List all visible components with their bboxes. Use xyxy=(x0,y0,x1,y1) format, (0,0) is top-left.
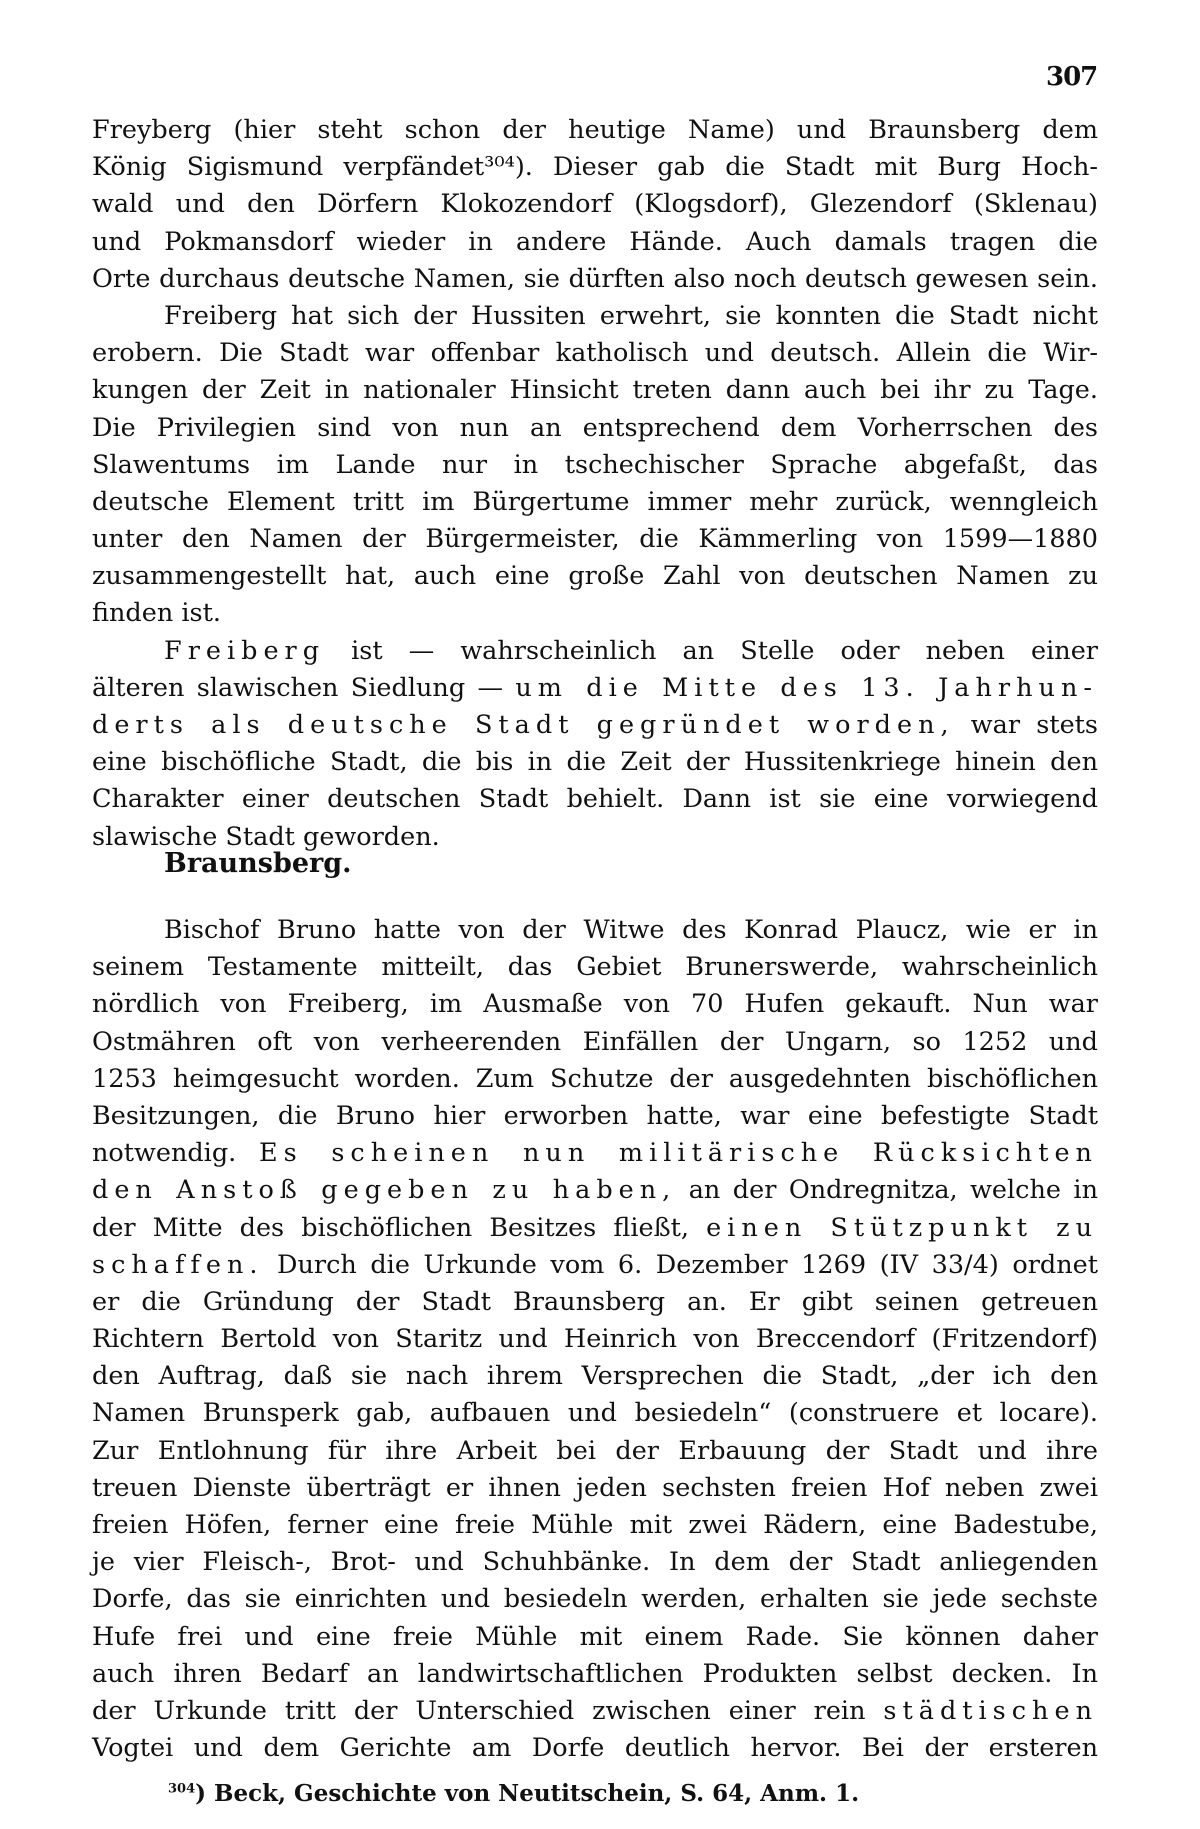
text-line: kungen der Zeit in nationaler Hinsicht t… xyxy=(92,372,1098,409)
text-line: nördlich von Freiberg, im Ausmaße von 70… xyxy=(92,986,1098,1023)
text-line: unter den Namen der Bürgermeister, die K… xyxy=(92,521,1098,558)
text-line: der Mitte des bischöflichen Besitzes fli… xyxy=(92,1210,1098,1247)
text-line: Zur Entlohnung für ihre Arbeit bei der E… xyxy=(92,1433,1098,1470)
section-heading: Braunsberg. xyxy=(164,848,352,879)
text-line: den Anstoß gegeben zu haben, an der Ondr… xyxy=(92,1172,1098,1209)
emphasized-text: derts als deutsche Stadt gegründet worde… xyxy=(92,710,955,740)
text-line: je vier Fleisch-, Brot- und Schuhbänke. … xyxy=(92,1544,1098,1581)
body-text-upper: Freyberg (hier steht schon der heutige N… xyxy=(92,112,1098,856)
text-span: notwendig. xyxy=(92,1138,259,1168)
text-line: Slawentums im Lande nur in tschechischer… xyxy=(92,447,1098,484)
emphasized-text: Es scheinen nun militärische Rücksichten xyxy=(259,1138,1098,1168)
text-line: Orte durchaus deutsche Namen, sie dürfte… xyxy=(92,261,1098,298)
text-line: und Pokmansdorf wieder in andere Hände. … xyxy=(92,224,1098,261)
text-line: Bischof Bruno hatte von der Witwe des Ko… xyxy=(92,912,1098,949)
text-line: Hufe frei und eine freie Mühle mit einem… xyxy=(92,1619,1098,1656)
footnote: 304) Beck, Geschichte von Neutitschein, … xyxy=(168,1780,859,1807)
emphasized-text: einen Stützpunkt zu xyxy=(706,1213,1098,1243)
text-line: Freiberg ist — wahrscheinlich an Stelle … xyxy=(92,633,1098,670)
text-line: Namen Brunsperk gab, aufbauen und besied… xyxy=(92,1395,1098,1432)
text-line: treuen Dienste überträgt er ihnen jeden … xyxy=(92,1470,1098,1507)
text-line: seinem Testamente mitteilt, das Gebiet B… xyxy=(92,949,1098,986)
text-line: eine bischöfliche Stadt, die bis in die … xyxy=(92,744,1098,781)
text-line: der Urkunde tritt der Unterschied zwisch… xyxy=(92,1693,1098,1730)
text-line: freien Höfen, ferner eine freie Mühle mi… xyxy=(92,1507,1098,1544)
text-span: ist — wahrscheinlich an Stelle oder nebe… xyxy=(325,636,1098,666)
text-line: zusammengestellt hat, auch eine große Za… xyxy=(92,558,1098,595)
body-text-lower: Bischof Bruno hatte von der Witwe des Ko… xyxy=(92,912,1098,1767)
text-span: Durch die Urkunde vom 6. Dezember 1269 (… xyxy=(264,1250,1099,1280)
text-line: den Auftrag, daß sie nach ihrem Versprec… xyxy=(92,1358,1098,1395)
emphasized-text: den Anstoß gegeben zu haben, xyxy=(92,1175,676,1205)
text-line: er die Gründung der Stadt Braunsberg an.… xyxy=(92,1284,1098,1321)
text-line: Besitzungen, die Bruno hier erworben hat… xyxy=(92,1098,1098,1135)
text-line: wald und den Dörfern Klokozendorf (Klogs… xyxy=(92,186,1098,223)
text-line: Charakter einer deutschen Stadt behielt.… xyxy=(92,781,1098,818)
text-line: notwendig. Es scheinen nun militärische … xyxy=(92,1135,1098,1172)
text-line: Freyberg (hier steht schon der heutige N… xyxy=(92,112,1098,149)
text-line: Die Privilegien sind von nun an entsprec… xyxy=(92,410,1098,447)
text-span: älteren slawischen Siedlung — xyxy=(92,673,515,703)
footnote-marker: 304 xyxy=(168,1781,195,1796)
text-line: auch ihren Bedarf an landwirtschaftliche… xyxy=(92,1656,1098,1693)
emphasized-text: um die Mitte des 13. Jahrhun- xyxy=(515,673,1098,703)
text-line: derts als deutsche Stadt gegründet worde… xyxy=(92,707,1098,744)
text-line: König Sigismund verpfändet³⁰⁴). Dieser g… xyxy=(92,149,1098,186)
emphasized-text: schaffen. xyxy=(92,1250,264,1280)
text-line: erobern. Die Stadt war offenbar katholis… xyxy=(92,335,1098,372)
text-line: schaffen. Durch die Urkunde vom 6. Dezem… xyxy=(92,1247,1098,1284)
text-line: älteren slawischen Siedlung — um die Mit… xyxy=(92,670,1098,707)
text-line: deutsche Element tritt im Bürgertume imm… xyxy=(92,484,1098,521)
text-line: Vogtei und dem Gerichte am Dorfe deutlic… xyxy=(92,1730,1098,1767)
footnote-text: ) Beck, Geschichte von Neutitschein, S. … xyxy=(195,1780,859,1807)
text-line: Richtern Bertold von Staritz und Heinric… xyxy=(92,1321,1098,1358)
emphasized-text: städtischen xyxy=(883,1696,1098,1726)
text-span: der Urkunde tritt der Unterschied zwisch… xyxy=(92,1696,883,1726)
text-span: an der Ondregnitza, welche in xyxy=(676,1175,1098,1205)
text-line: Freiberg hat sich der Hussiten erwehrt, … xyxy=(92,298,1098,335)
book-page: 307 Freyberg (hier steht schon der heuti… xyxy=(0,0,1200,1829)
emphasized-text: Freiberg xyxy=(164,636,325,666)
text-line: 1253 heimgesucht worden. Zum Schutze der… xyxy=(92,1061,1098,1098)
text-line: finden ist. xyxy=(92,595,1098,632)
text-span: war stets xyxy=(955,710,1098,740)
text-line: Dorfe, das sie einrichten und besiedeln … xyxy=(92,1581,1098,1618)
text-line: Ostmähren oft von verheerenden Einfällen… xyxy=(92,1024,1098,1061)
page-number: 307 xyxy=(1046,62,1097,92)
text-span: der Mitte des bischöflichen Besitzes fli… xyxy=(92,1213,706,1243)
